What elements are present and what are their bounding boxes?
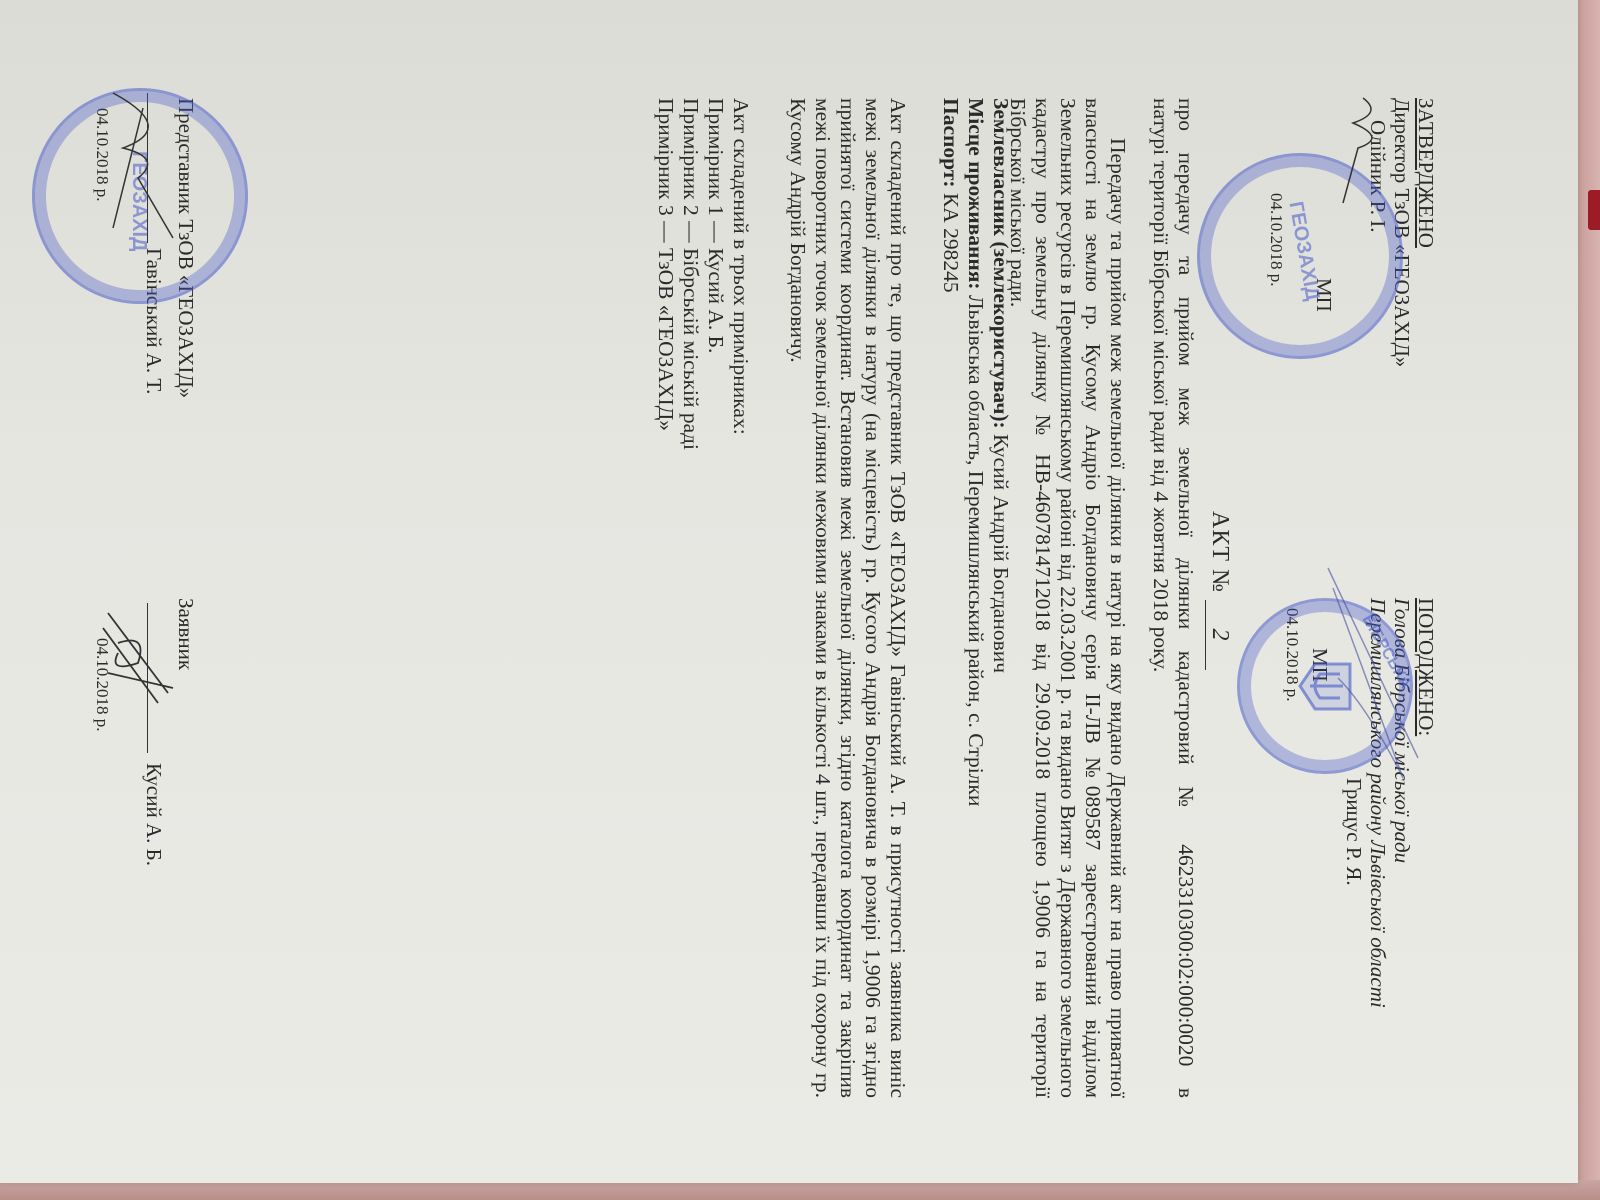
copy-item-3: Примірник 3 — ТзОВ «ГЕОЗАХІД» (653, 98, 678, 798)
passport-label: Паспорт: (939, 98, 963, 188)
owner-value: Кусий Андрій Богданович (989, 434, 1013, 673)
act-number: 2 (1205, 600, 1233, 670)
representative-signature (103, 88, 183, 248)
owner-label: Землевласник (землекористувач): (989, 98, 1013, 429)
passport-value: КА 298245 (939, 193, 963, 293)
act-paragraph-2: Акт складений про те, що представник ТзО… (785, 98, 910, 1098)
act-subtitle-line1: про передачу та прийом меж земельної діл… (1173, 98, 1198, 1098)
background-fabric (1575, 0, 1600, 1200)
document-page: ЗАТВЕРДЖЕНО Директор ТзОВ «ГЕОЗАХІД» Олі… (0, 0, 1578, 1183)
act-paragraph-1: Передачу та прийом меж земельної ділянки… (1005, 98, 1130, 1098)
residence-value: Львівська область, Перемишлянський район… (964, 295, 988, 806)
act-subtitle-line2: натурі території Бібрської міської ради … (1148, 98, 1173, 1098)
applicant-signature (98, 603, 178, 723)
act-subtitle: про передачу та прийом меж земельної діл… (1148, 98, 1198, 1098)
act-title: АКТ № 2 (1205, 0, 1233, 1183)
owner-line: Землевласник (землекористувач): Кусий Ан… (988, 98, 1013, 1098)
copies-intro: Акт складений в трьох примірниках: (728, 98, 753, 798)
background-red-object (1588, 190, 1600, 230)
approved-stamp-text: ГЕОЗАХІД (1283, 200, 1323, 303)
background-fabric-bottom (0, 1180, 1600, 1200)
approved-signature (1333, 93, 1393, 213)
agreed-signature (1318, 558, 1428, 788)
approved-heading: ЗАТВЕРДЖЕНО (1414, 98, 1438, 367)
owner-details: Землевласник (землекористувач): Кусий Ан… (938, 98, 1013, 1098)
copy-item-1: Примірник 1 — Кусий А. Б. (703, 98, 728, 798)
passport-line: Паспорт: КА 298245 (938, 98, 963, 1098)
act-title-prefix: АКТ № (1207, 511, 1233, 593)
copy-item-2: Примірник 2 — Бібрській міській раді (678, 98, 703, 798)
residence-label: Місце проживання: (964, 98, 988, 290)
residence-line: Місце проживання: Львівська область, Пер… (963, 98, 988, 1098)
copies-block: Акт складений в трьох примірниках: Примі… (653, 98, 753, 798)
